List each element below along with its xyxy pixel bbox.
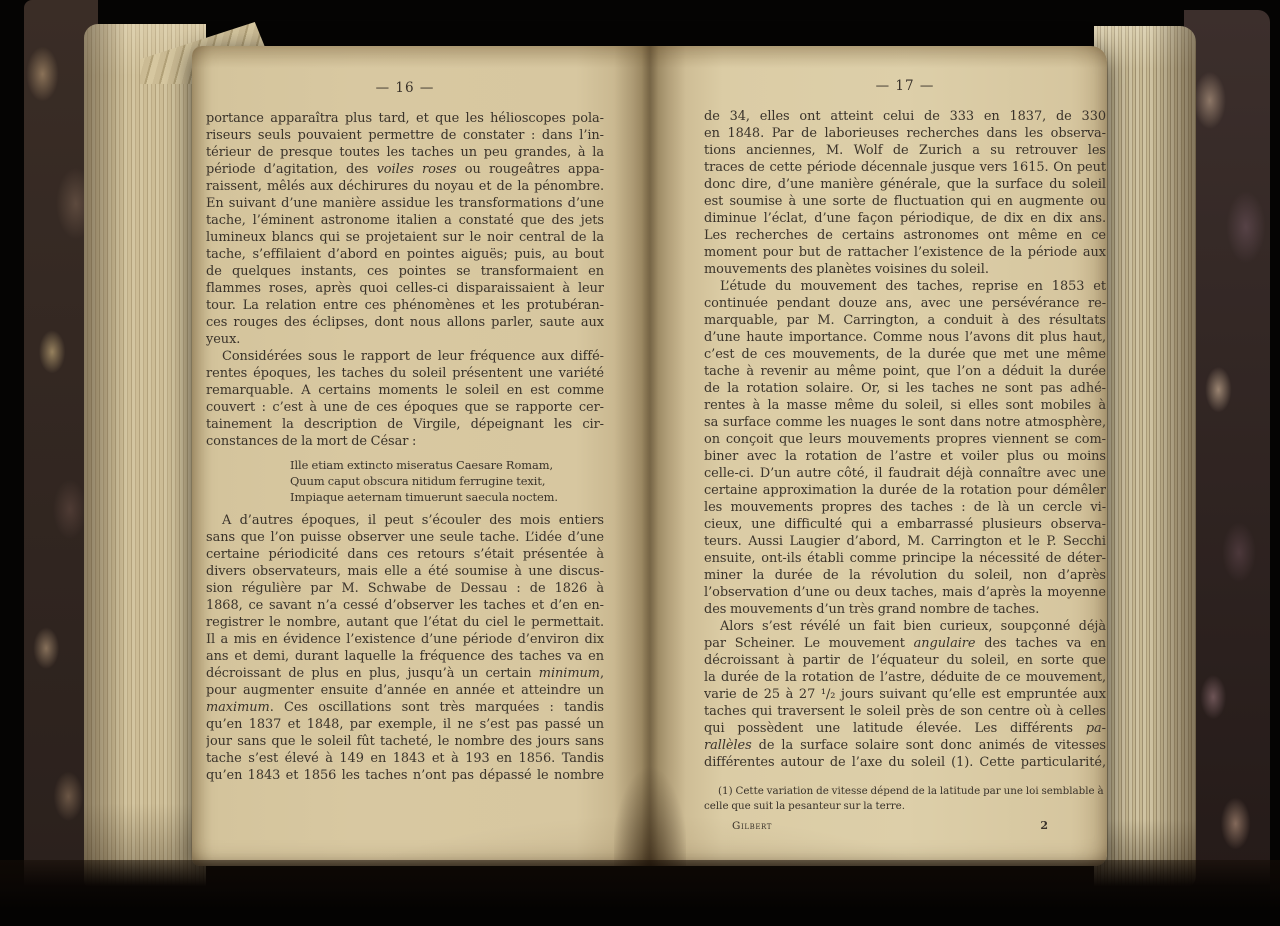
text-line: constances de la mort de César : — [206, 433, 604, 450]
text-line: registrer le nombre, autant que l’état d… — [206, 614, 604, 631]
page-number-header-right: — 17 — — [704, 76, 1106, 96]
text-line: rallèles de la surface solaire sont donc… — [704, 737, 1106, 754]
text-line: celle-ci. D’un autre côté, il faudrait d… — [704, 465, 1106, 482]
text-line: qu’en 1843 et 1856 les taches n’ont pas … — [206, 767, 604, 784]
text-line: de 34, elles ont atteint celui de 333 en… — [704, 108, 1106, 125]
footnote-block: (1) Cette variation de vitesse dépend de… — [704, 784, 1106, 814]
text-line: varie de 25 à 27 ¹/₂ jours suivant qu’el… — [704, 686, 1106, 703]
para-block: A d’autres époques, il peut s’écouler de… — [206, 512, 604, 784]
text-line: tache s’est élevé à 149 en 1843 et à 193… — [206, 750, 604, 767]
text-line: diminue l’éclat, d’une façon périodique,… — [704, 210, 1106, 227]
text-line: en 1848. Par de laborieuses recherches d… — [704, 125, 1106, 142]
text-line: de la rotation solaire. Or, si les tache… — [704, 380, 1106, 397]
text-line: l’observation d’une ou deux taches, mais… — [704, 584, 1106, 601]
text-line: Quum caput obscura nitidum ferrugine tex… — [290, 473, 604, 489]
page-16: — 16 — portance apparaîtra plus tard, et… — [206, 78, 604, 784]
page-17-text: de 34, elles ont atteint celui de 333 en… — [704, 108, 1106, 814]
text-line: remarquable. A certains moments le solei… — [206, 382, 604, 399]
text-line: Il a mis en évidence l’existence d’une p… — [206, 631, 604, 648]
para-block: L’étude du mouvement des taches, reprise… — [704, 278, 1106, 618]
text-line: tache, l’éminent astronome italien a con… — [206, 212, 604, 229]
book-cover-right-marbled — [1184, 10, 1270, 914]
gutter-shadow — [614, 46, 686, 866]
text-line: qu’en 1837 et 1848, par exemple, il ne s… — [206, 716, 604, 733]
text-line: par Scheiner. Le mouvement angulaire des… — [704, 635, 1106, 652]
page-16-text: portance apparaîtra plus tard, et que le… — [206, 110, 604, 784]
text-line: continuée pendant douze ans, avec une pe… — [704, 295, 1106, 312]
text-line: Impiaque aeternam timuerunt saecula noct… — [290, 489, 604, 505]
text-line: biner avec la rotation de l’astre et voi… — [704, 448, 1106, 465]
page-number-header-left: — 16 — — [206, 78, 604, 98]
text-line: les mouvements propres des taches : de l… — [704, 499, 1106, 516]
text-line: 1868, ce savant n’a cessé d’observer les… — [206, 597, 604, 614]
text-line: jour sans que le soleil fût tacheté, le … — [206, 733, 604, 750]
text-line: mouvements des planètes voisines du sole… — [704, 261, 1106, 278]
text-line: couvert : c’est à une de ces époques que… — [206, 399, 604, 416]
text-line: lumineux blancs qui se projetaient sur l… — [206, 229, 604, 246]
text-line: Considérées sous le rapport de leur fréq… — [206, 348, 604, 365]
text-line: traces de cette période décennale jusque… — [704, 159, 1106, 176]
text-line: divers observateurs, mais elle a été sou… — [206, 563, 604, 580]
text-line: cieux, une difficulté qui a embarrassé p… — [704, 516, 1106, 533]
text-line: flammes roses, après quoi celles-ci disp… — [206, 280, 604, 297]
text-line: tainement la description de Virgile, dép… — [206, 416, 604, 433]
text-line: qui possèdent une latitude élevée. Les d… — [704, 720, 1106, 737]
para-block: Alors s’est révélé un fait bien curieux,… — [704, 618, 1106, 771]
text-line: tions anciennes, M. Wolf de Zurich a su … — [704, 142, 1106, 159]
text-line: certaine périodicité dans ces retours s’… — [206, 546, 604, 563]
text-line: des mouvements d’un très grand nombre de… — [704, 601, 1106, 618]
text-line: décroissant de plus en plus, jusqu’à un … — [206, 665, 604, 682]
text-line: d’une haute importance. Comme nous l’avo… — [704, 329, 1106, 346]
text-line: miner la durée de la révolution du solei… — [704, 567, 1106, 584]
verse-block: Ille etiam extincto miseratus Caesare Ro… — [206, 450, 604, 512]
text-line: ces rouges des éclipses, dont nous allon… — [206, 314, 604, 331]
page-17-footer: Gilbert 2 — [704, 819, 1106, 832]
text-line: la durée de la rotation de l’astre, dédu… — [704, 669, 1106, 686]
text-line: tache à revenir au même point, que l’on … — [704, 363, 1106, 380]
text-line: Alors s’est révélé un fait bien curieux,… — [704, 618, 1106, 635]
text-line: pour augmenter ensuite d’année en année … — [206, 682, 604, 699]
page-stack-left-edge — [84, 24, 206, 890]
book-bottom-shadow — [0, 860, 1280, 926]
text-line: sion régulière par M. Schwabe de Dessau … — [206, 580, 604, 597]
text-line: tache, s’effilaient d’abord en pointes a… — [206, 246, 604, 263]
text-line: moment pour but de rattacher l’existence… — [704, 244, 1106, 261]
text-line: teurs. Aussi Laugier d’abord, M. Carring… — [704, 533, 1106, 550]
text-line: donc dire, d’une manière générale, que l… — [704, 176, 1106, 193]
sheet-number: 2 — [1040, 819, 1048, 832]
text-line: portance apparaîtra plus tard, et que le… — [206, 110, 604, 127]
text-line: c’est de ces mouvements, de la durée que… — [704, 346, 1106, 363]
text-line: raissent, mêlés aux déchirures du noyau … — [206, 178, 604, 195]
text-line: sa surface comme les nuages le sont dans… — [704, 414, 1106, 431]
para-block: Considérées sous le rapport de leur fréq… — [206, 348, 604, 450]
text-line: En suivant d’une manière assidue les tra… — [206, 195, 604, 212]
text-line: de quelques instants, ces pointes se tra… — [206, 263, 604, 280]
text-line: maximum. Ces oscillations sont très marq… — [206, 699, 604, 716]
text-line: A d’autres époques, il peut s’écouler de… — [206, 512, 604, 529]
text-line: rentes époques, les taches du soleil pré… — [206, 365, 604, 382]
text-line: période d’agitation, des voiles roses ou… — [206, 161, 604, 178]
text-line: celle que suit la pesanteur sur la terre… — [704, 799, 1106, 814]
text-line: ensuite, ont-ils établi comme principe l… — [704, 550, 1106, 567]
text-line: on conçoit que leurs mouvements propres … — [704, 431, 1106, 448]
text-line: Ille etiam extincto miseratus Caesare Ro… — [290, 457, 604, 473]
text-line: marquable, par M. Carrington, a conduit … — [704, 312, 1106, 329]
text-line: certaine approximation la durée de la ro… — [704, 482, 1106, 499]
text-line: L’étude du mouvement des taches, reprise… — [704, 278, 1106, 295]
text-line: riseurs seuls pouvaient permettre de con… — [206, 127, 604, 144]
text-line: est soumise à une sorte de fluctuation q… — [704, 193, 1106, 210]
text-line: térieur de presque toutes les taches un … — [206, 144, 604, 161]
printer-signature: Gilbert — [732, 820, 772, 832]
text-line: ans et demi, durant laquelle la fréquenc… — [206, 648, 604, 665]
cont-block: de 34, elles ont atteint celui de 333 en… — [704, 108, 1106, 278]
text-line: (1) Cette variation de vitesse dépend de… — [704, 784, 1106, 799]
page-stack-right-edge — [1094, 26, 1196, 888]
page-17: — 17 — de 34, elles ont atteint celui de… — [704, 76, 1106, 832]
cont-block: portance apparaîtra plus tard, et que le… — [206, 110, 604, 348]
text-line: différentes autour de l’axe du soleil (1… — [704, 754, 1106, 771]
text-line: rentes à la masse même du soleil, si ell… — [704, 397, 1106, 414]
text-line: yeux. — [206, 331, 604, 348]
text-line: taches qui traversent le soleil près de … — [704, 703, 1106, 720]
photo-background: { "palette": { "background": "#050403", … — [0, 0, 1280, 926]
text-line: sans que l’on puisse observer une seule … — [206, 529, 604, 546]
text-line: Les recherches de certains astronomes on… — [704, 227, 1106, 244]
text-line: décroissant à partir de l’équateur du so… — [704, 652, 1106, 669]
text-line: tour. La relation entre ces phénomènes e… — [206, 297, 604, 314]
